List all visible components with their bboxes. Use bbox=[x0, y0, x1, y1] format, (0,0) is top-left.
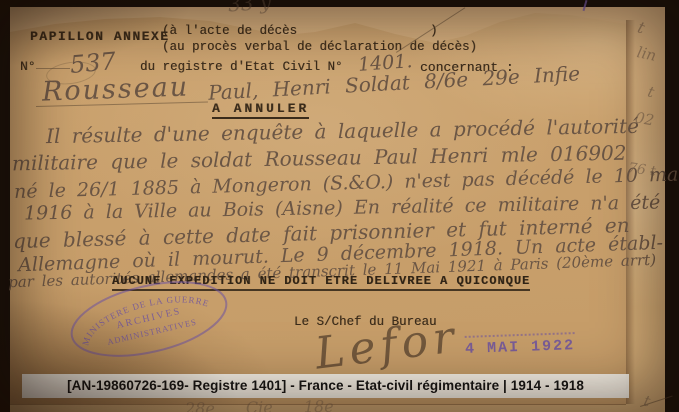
archive-caption-bar: [AN-19860726-169- Registre 1401] - Franc… bbox=[22, 374, 629, 398]
scanned-document-photo: 33 y PAPILLON ANNEXE (à l'acte de décès … bbox=[0, 0, 679, 412]
underlying-page-fragment: 28e Cie 18e bbox=[185, 397, 334, 412]
date-stamp: 4 MAI 1922 bbox=[465, 332, 576, 358]
cancel-annotation: A ANNULER bbox=[212, 101, 309, 119]
document-title: PAPILLON ANNEXE bbox=[30, 29, 170, 44]
margin-note: 02 bbox=[634, 108, 656, 129]
annex-line-1: (à l'acte de décès bbox=[162, 24, 297, 38]
margin-note: lin bbox=[635, 43, 658, 65]
number-label: N° bbox=[20, 59, 36, 74]
annex-line-2: (au procès verbal de déclaration de décè… bbox=[162, 40, 477, 54]
